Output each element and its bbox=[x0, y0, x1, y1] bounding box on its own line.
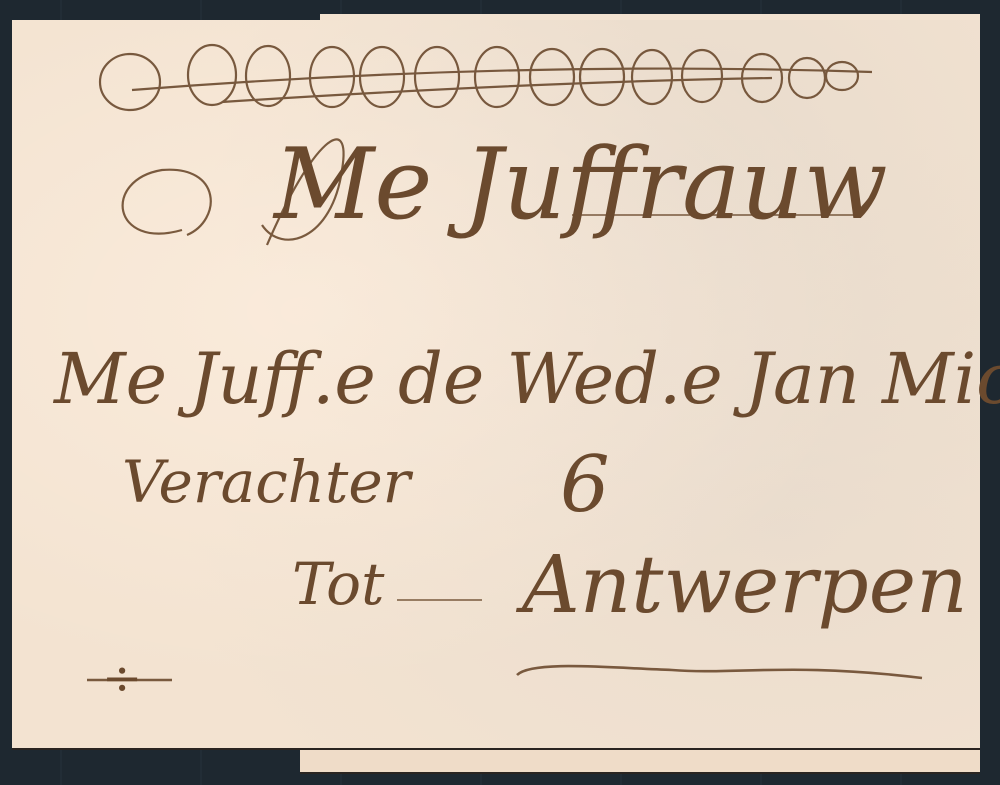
address-line-2: Verachter bbox=[122, 448, 410, 516]
salutation-text: Me Juffrauw bbox=[274, 128, 888, 242]
rate-mark: 6 bbox=[560, 440, 610, 530]
paper-flap-bottom bbox=[300, 748, 980, 774]
margin-mark: ÷ bbox=[102, 650, 142, 706]
destination-text: Antwerpen bbox=[522, 538, 968, 631]
letter-cover: Me Juffrauw Me Juff.e de Wed.e Jan Michi… bbox=[12, 20, 980, 748]
to-word: Tot bbox=[292, 550, 384, 618]
address-line-1: Me Juff.e de Wed.e Jan Michiel bbox=[54, 338, 1000, 420]
